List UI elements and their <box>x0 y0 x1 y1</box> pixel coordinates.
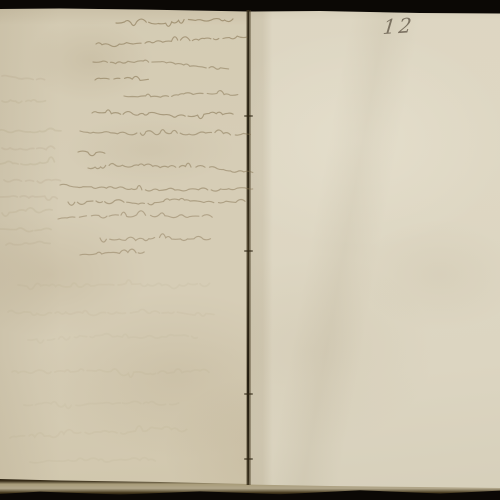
ghost-handwriting-line <box>2 208 52 216</box>
handwriting-line <box>93 60 229 69</box>
ghost-handwriting-line <box>10 426 187 438</box>
ghost-handwriting-line <box>12 369 209 377</box>
handwriting-line <box>95 76 148 80</box>
ghost-handwriting-line <box>2 146 55 150</box>
handwriting-line <box>100 234 213 242</box>
ghost-handwriting-line <box>0 128 61 132</box>
ghost-handwriting-line <box>0 228 51 232</box>
handwriting-line <box>116 19 237 27</box>
handwriting-line <box>96 36 251 46</box>
ghost-handwriting-line <box>4 180 63 183</box>
ghost-handwriting-line <box>6 241 50 245</box>
ghost-handwriting-line <box>2 76 45 80</box>
handwriting-line <box>124 91 242 98</box>
handwriting-line <box>68 198 245 205</box>
ghost-handwriting-line <box>18 280 210 289</box>
ghost-handwriting-line <box>8 309 214 316</box>
handwriting-line <box>60 184 253 191</box>
handwriting-line <box>78 151 105 156</box>
ghost-handwriting-line <box>0 157 58 165</box>
ghost-handwriting-line <box>28 334 202 343</box>
ghost-handwriting-line <box>0 196 57 200</box>
handwriting-line <box>92 110 233 119</box>
ghost-handwriting-line <box>30 458 155 463</box>
handwriting-line <box>88 163 255 172</box>
manuscript-scan: 12 <box>0 0 500 500</box>
handwriting-line <box>58 211 212 219</box>
handwriting-line <box>80 249 147 255</box>
ghost-handwriting-line <box>2 100 46 103</box>
ghost-handwriting-line <box>24 401 181 408</box>
handwriting-ink-layer <box>0 0 500 500</box>
handwriting-line <box>80 130 250 136</box>
folio-number: 12 <box>382 13 416 39</box>
